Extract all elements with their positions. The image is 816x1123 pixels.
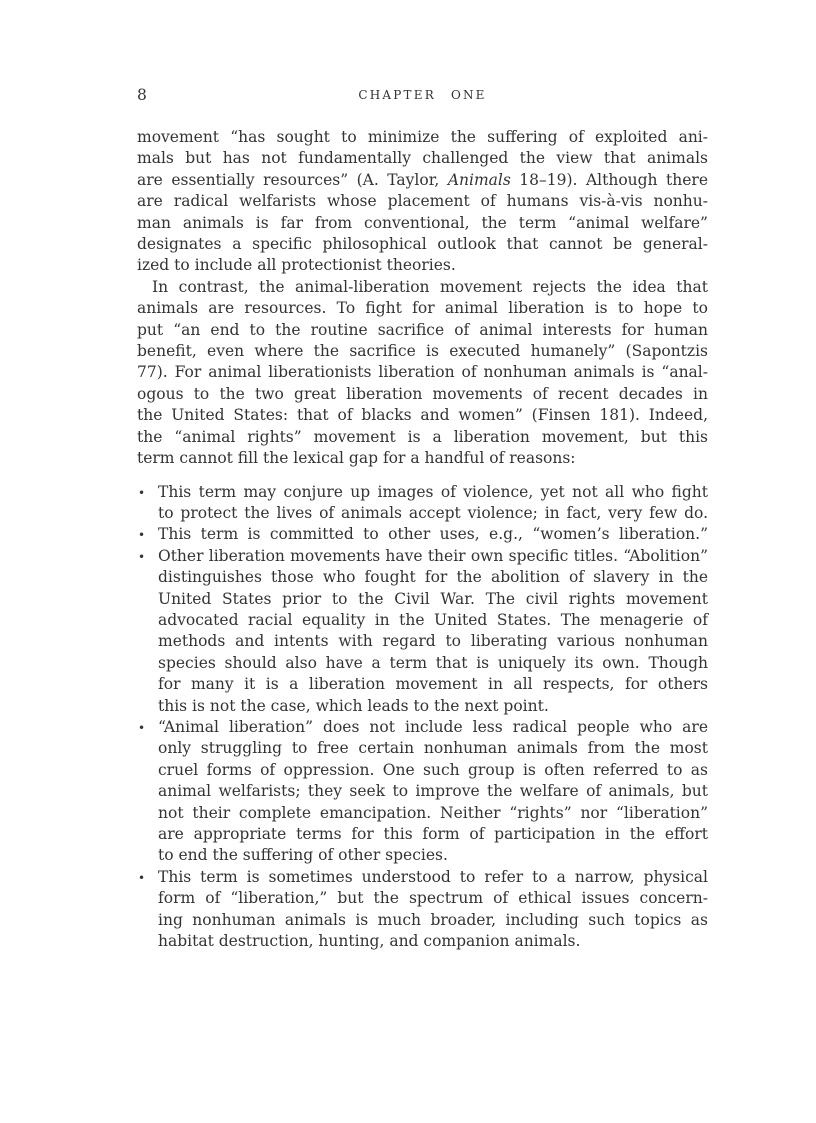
text-line: form of “liberation,” but the spectrum o… <box>158 888 708 909</box>
bullet-item-specific-titles: • Other liberation movements have their … <box>137 546 708 717</box>
text-line: for many it is a liberation movement in … <box>158 674 708 695</box>
reasons-bullet-list: • This term may conjure up images of vio… <box>137 482 708 953</box>
text-line: animal welfarists; they seek to improve … <box>158 781 708 802</box>
text-line: mals but has not fundamentally challenge… <box>137 148 708 169</box>
text-line: are radical welfarists whose placement o… <box>137 191 708 212</box>
book-page: 8 Chapter One movement “has sought to mi… <box>0 0 816 1123</box>
text-line: the “animal rights” movement is a libera… <box>137 427 708 448</box>
bullet-icon: • <box>138 527 145 543</box>
body-text: movement “has sought to minimize the suf… <box>137 127 708 952</box>
text-line: only struggling to free certain nonhuman… <box>158 738 708 759</box>
text-line: species should also have a term that is … <box>158 653 708 674</box>
text-line: This term is committed to other uses, e.… <box>158 524 708 545</box>
text-line: term cannot fill the lexical gap for a h… <box>137 448 708 469</box>
bullet-text: This term may conjure up images of viole… <box>158 482 708 525</box>
paragraph-liberation: In contrast, the animal-liberation movem… <box>137 277 708 470</box>
bullet-icon: • <box>138 720 145 736</box>
bullet-icon: • <box>138 549 145 565</box>
text-line: Other liberation movements have their ow… <box>158 546 708 567</box>
bullet-text: This term is committed to other uses, e.… <box>158 524 708 545</box>
bullet-icon: • <box>138 870 145 886</box>
text-line: ized to include all protectionist theori… <box>137 255 708 276</box>
text-line: cruel forms of oppression. One such grou… <box>158 760 708 781</box>
text-line: ogous to the two great liberation moveme… <box>137 384 708 405</box>
text-line: benefit, even where the sacrifice is exe… <box>137 341 708 362</box>
text-line: are appropriate terms for this form of p… <box>158 824 708 845</box>
text-column: 8 Chapter One movement “has sought to mi… <box>137 86 708 952</box>
text-line: ing nonhuman animals is much broader, in… <box>158 910 708 931</box>
text-line: United States prior to the Civil War. Th… <box>158 589 708 610</box>
text-line: “Animal liberation” does not include les… <box>158 717 708 738</box>
text-line: put “an end to the routine sacrifice of … <box>137 320 708 341</box>
bullet-item-narrow-liberation: • This term is sometimes understood to r… <box>137 867 708 953</box>
text-line: man animals is far from conventional, th… <box>137 213 708 234</box>
text-line: 77). For animal liberationists liberatio… <box>137 362 708 383</box>
text-line: to end the suffering of other species. <box>158 845 708 866</box>
text-line: to protect the lives of animals accept v… <box>158 503 708 524</box>
running-head-title: Chapter One <box>137 86 708 104</box>
text-line: not their complete emancipation. Neither… <box>158 803 708 824</box>
bullet-text: This term is sometimes understood to ref… <box>158 867 708 953</box>
bullet-item-other-uses: • This term is committed to other uses, … <box>137 524 708 545</box>
text-line: This term may conjure up images of viole… <box>158 482 708 503</box>
bullet-item-violence: • This term may conjure up images of vio… <box>137 482 708 525</box>
running-header: 8 Chapter One <box>137 86 708 104</box>
text-line: this is not the case, which leads to the… <box>158 696 708 717</box>
text-line: This term is sometimes understood to ref… <box>158 867 708 888</box>
page-number: 8 <box>137 86 147 104</box>
text-line: the United States: that of blacks and wo… <box>137 405 708 426</box>
text-line: animals are resources. To fight for anim… <box>137 298 708 319</box>
text-line: habitat destruction, hunting, and compan… <box>158 931 708 952</box>
text-line: are essentially resources” (A. Taylor, A… <box>137 170 708 191</box>
bullet-item-welfarists: • “Animal liberation” does not include l… <box>137 717 708 867</box>
bullet-text: Other liberation movements have their ow… <box>158 546 708 717</box>
text-line: In contrast, the animal-liberation movem… <box>137 277 708 298</box>
paragraph-welfare: movement “has sought to minimize the suf… <box>137 127 708 277</box>
bullet-icon: • <box>138 485 145 501</box>
text-line: methods and intents with regard to liber… <box>158 631 708 652</box>
text-line: distinguishes those who fought for the a… <box>158 567 708 588</box>
bullet-text: “Animal liberation” does not include les… <box>158 717 708 867</box>
text-line: advocated racial equality in the United … <box>158 610 708 631</box>
text-line: movement “has sought to minimize the suf… <box>137 127 708 148</box>
text-line: designates a specific philosophical outl… <box>137 234 708 255</box>
